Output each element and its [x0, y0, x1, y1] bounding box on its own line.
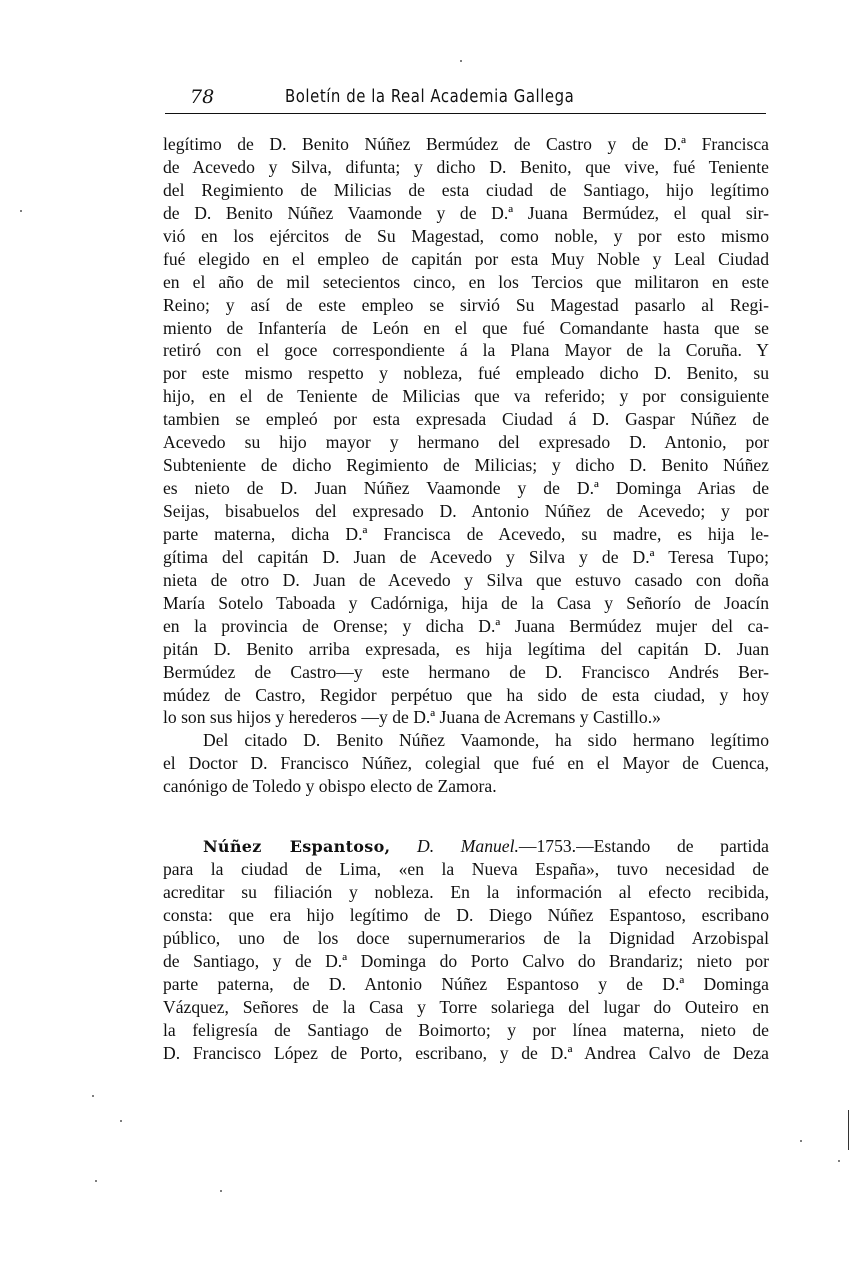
text-line: miento de Infantería de León en el que f…	[163, 317, 769, 340]
scan-speck	[95, 1180, 97, 1182]
page-number: 78	[190, 86, 214, 108]
text-line: para la ciudad de Lima, «en la Nueva Esp…	[163, 858, 769, 881]
text-line: lo son sus hijos y herederos —y de D.ª J…	[163, 706, 769, 729]
text-line: vió en los ejércitos de Su Magestad, com…	[163, 225, 769, 248]
text-line: de Acevedo y Silva, difunta; y dicho D. …	[163, 156, 769, 179]
text-line: nieta de otro D. Juan de Acevedo y Silva…	[163, 569, 769, 592]
scan-speck	[800, 1140, 802, 1142]
text-line: retiró con el goce correspondiente á la …	[163, 339, 769, 362]
text-line: de Santiago, y de D.ª Dominga do Porto C…	[163, 950, 769, 973]
scan-speck	[460, 60, 462, 62]
text-line: del Regimiento de Milicias de esta ciuda…	[163, 179, 769, 202]
text-line: por este mismo respetto y nobleza, fué e…	[163, 362, 769, 385]
paragraph-continuation: legítimo de D. Benito Núñez Bermúdez de …	[163, 133, 769, 729]
scan-speck	[120, 1120, 122, 1122]
text-line: múdez de Castro, Regidor perpétuo que ha…	[163, 684, 769, 707]
text-line: consta: que era hijo legítimo de D. Dieg…	[163, 904, 769, 927]
scanned-book-page: 78 Boletín de la Real Academia Gallega l…	[0, 0, 850, 1267]
body-text: legítimo de D. Benito Núñez Bermúdez de …	[163, 133, 769, 1065]
text-line: legítimo de D. Benito Núñez Bermúdez de …	[163, 133, 769, 156]
header-rule	[165, 113, 766, 114]
text-line: el Doctor D. Francisco Núñez, colegial q…	[163, 752, 769, 775]
entry-name: Núñez Espantoso,	[203, 837, 390, 856]
text-line: acreditar su filiación y nobleza. En la …	[163, 881, 769, 904]
paragraph-brother: Del citado D. Benito Núñez Vaamonde, ha …	[163, 729, 769, 798]
text-line: Del citado D. Benito Núñez Vaamonde, ha …	[163, 729, 769, 752]
text-line: Acevedo su hijo mayor y hermano del expr…	[163, 431, 769, 454]
entry-heading-line: Núñez Espantoso, D. Manuel.—1753.—Estand…	[163, 835, 769, 858]
scan-speck	[92, 1095, 94, 1097]
section-gap	[163, 798, 769, 835]
scan-speck	[220, 1190, 222, 1192]
scan-speck	[20, 210, 22, 212]
scan-edge-mark	[848, 1110, 849, 1150]
entry-first-line-text: —1753.—Estando de partida	[519, 836, 769, 856]
text-line: Seijas, bisabuelos del expresado D. Anto…	[163, 500, 769, 523]
entry-given-name: D. Manuel.	[417, 836, 519, 856]
text-line: D. Francisco López de Porto, escribano, …	[163, 1042, 769, 1065]
running-head: 78 Boletín de la Real Academia Gallega	[160, 84, 766, 114]
text-line: María Sotelo Taboada y Cadórniga, hija d…	[163, 592, 769, 615]
text-line: la feligresía de Santiago de Boimorto; y…	[163, 1019, 769, 1042]
journal-title: Boletín de la Real Academia Gallega	[285, 86, 574, 107]
text-line: pitán D. Benito arriba expresada, es hij…	[163, 638, 769, 661]
text-line: gítima del capitán D. Juan de Acevedo y …	[163, 546, 769, 569]
text-line: es nieto de D. Juan Núñez Vaamonde y de …	[163, 477, 769, 500]
text-line: fué elegido en el empleo de capitán por …	[163, 248, 769, 271]
text-line: en la provincia de Orense; y dicha D.ª J…	[163, 615, 769, 638]
text-line: hijo, en el de Teniente de Milicias que …	[163, 385, 769, 408]
text-line: Vázquez, Señores de la Casa y Torre sola…	[163, 996, 769, 1019]
text-line: Subteniente de dicho Regimiento de Milic…	[163, 454, 769, 477]
text-line: público, uno de los doce supernumerarios…	[163, 927, 769, 950]
entry-nunez-espantoso: Núñez Espantoso, D. Manuel.—1753.—Estand…	[163, 835, 769, 1064]
text-line: canónigo de Toledo y obispo electo de Za…	[163, 775, 769, 798]
text-line: parte materna, dicha D.ª Francisca de Ac…	[163, 523, 769, 546]
text-line: Bermúdez de Castro—y este hermano de D. …	[163, 661, 769, 684]
text-line: Reino; y así de este empleo se sirvió Su…	[163, 294, 769, 317]
scan-speck	[838, 1160, 840, 1162]
text-line: de D. Benito Núñez Vaamonde y de D.ª Jua…	[163, 202, 769, 225]
text-line: en el año de mil setecientos cinco, en l…	[163, 271, 769, 294]
text-line: parte paterna, de D. Antonio Núñez Espan…	[163, 973, 769, 996]
text-line: tambien se empleó por esta expresada Ciu…	[163, 408, 769, 431]
